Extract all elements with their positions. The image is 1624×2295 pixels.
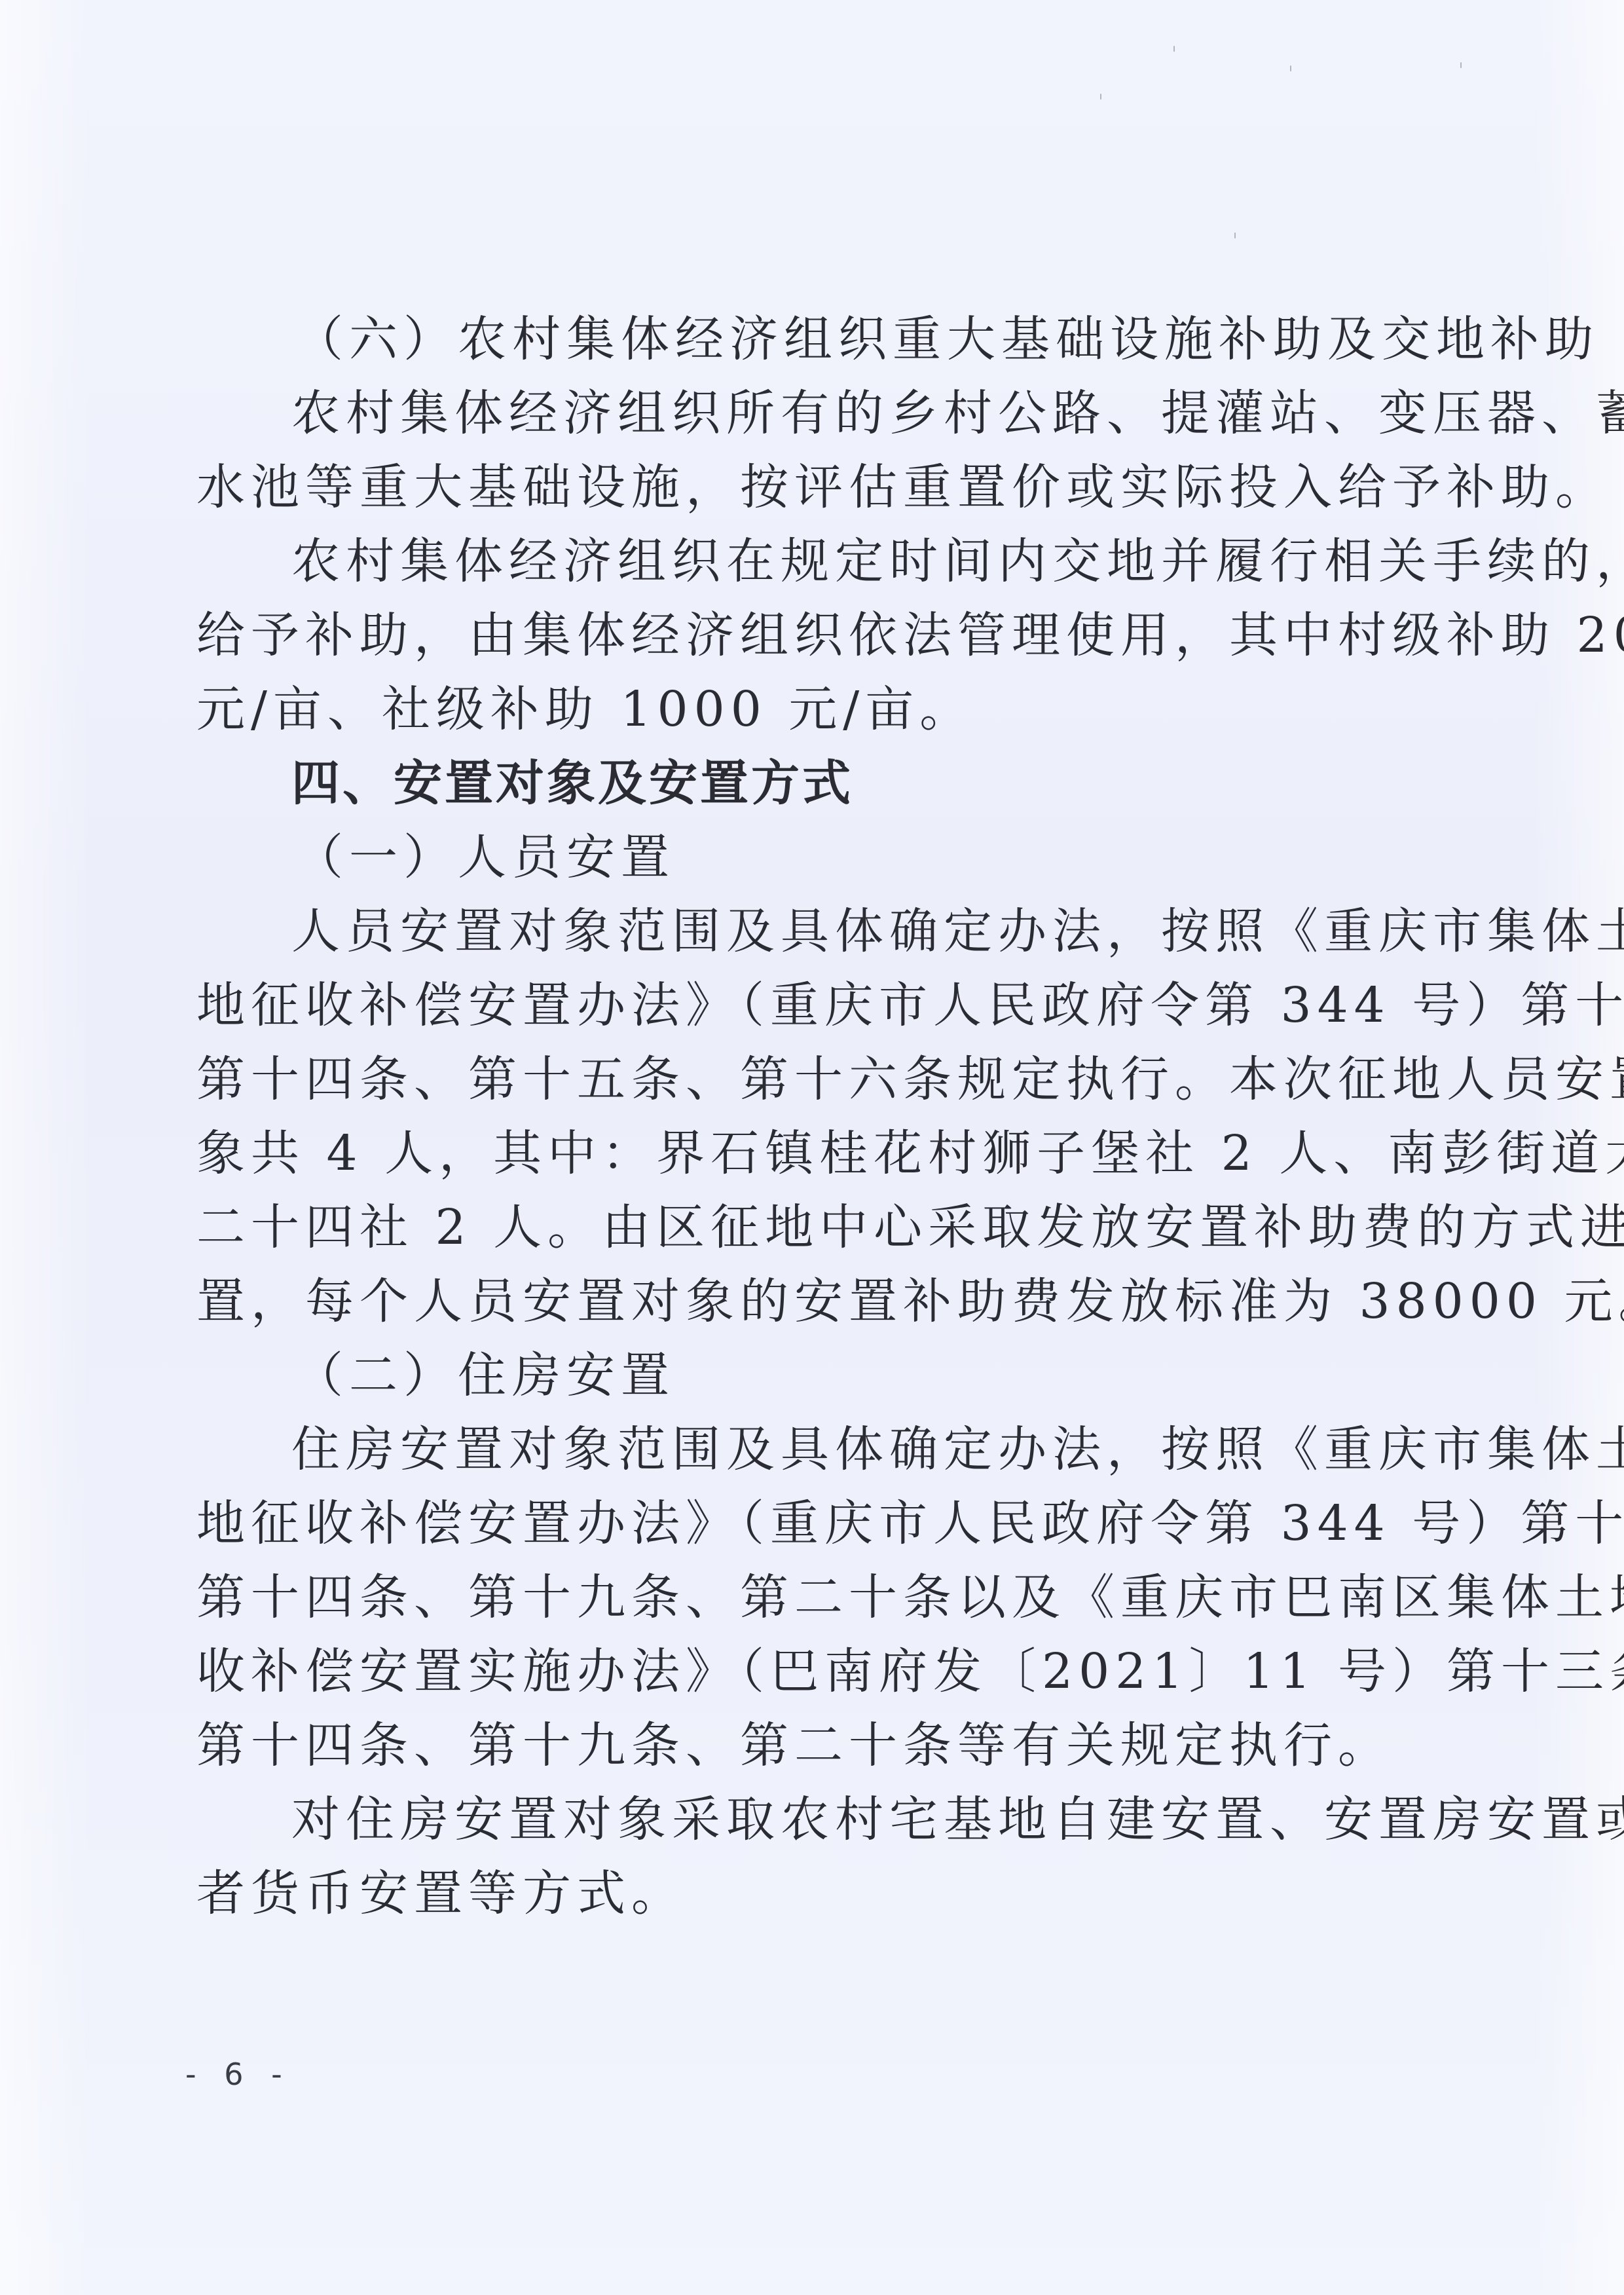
paragraph-line: 农村集体经济组织所有的乡村公路、提灌站、变压器、蓄 [196,377,1383,451]
scan-speck [1460,62,1462,68]
paragraph-line: 置，每个人员安置对象的安置补助费发放标准为 38000 元。 [196,1265,1383,1339]
paragraph-line: 人员安置对象范围及具体确定办法，按照《重庆市集体土 [196,895,1383,969]
paragraph-line: 对住房安置对象采取农村宅基地自建安置、安置房安置或 [196,1783,1383,1857]
paragraph-line: 第十四条、第十九条、第二十条等有关规定执行。 [196,1709,1383,1783]
paragraph-line: 农村集体经济组织在规定时间内交地并履行相关手续的， [196,525,1383,599]
scan-speck [1234,233,1236,238]
paragraph-line: 第十四条、第十九条、第二十条以及《重庆市巴南区集体土地征 [196,1561,1383,1635]
subsection-heading-6: （六）农村集体经济组织重大基础设施补助及交地补助 [196,303,1383,377]
subsection-heading-2: （二）住房安置 [196,1339,1383,1413]
document-body: （六）农村集体经济组织重大基础设施补助及交地补助 农村集体经济组织所有的乡村公路… [196,303,1383,1931]
paragraph-line: 住房安置对象范围及具体确定办法，按照《重庆市集体土 [196,1413,1383,1487]
subsection-heading-1: （一）人员安置 [196,821,1383,895]
scan-speck [1290,65,1291,71]
paragraph-line: 元/亩、社级补助 1000 元/亩。 [196,673,1383,747]
section-heading-4: 四、安置对象及安置方式 [196,747,1383,821]
paragraph-line: 象共 4 人，其中：界石镇桂花村狮子堡社 2 人、南彭街道大鱼村 [196,1117,1383,1191]
paragraph-line: 水池等重大基础设施，按评估重置价或实际投入给予补助。 [196,451,1383,525]
scan-speck [1100,94,1101,100]
paragraph-line: 地征收补偿安置办法》（重庆市人民政府令第 344 号）第十三条、 [196,1487,1383,1561]
scan-speck [1173,46,1175,52]
paragraph-line: 第十四条、第十五条、第十六条规定执行。本次征地人员安置对 [196,1043,1383,1117]
paragraph-line: 收补偿安置实施办法》（巴南府发〔2021〕11 号）第十三条、 [196,1635,1383,1709]
paragraph-line: 二十四社 2 人。由区征地中心采取发放安置补助费的方式进行安 [196,1191,1383,1265]
page-number: - 6 - [185,2057,291,2092]
paragraph-line: 者货币安置等方式。 [196,1857,1383,1931]
paragraph-line: 给予补助，由集体经济组织依法管理使用，其中村级补助 2000 [196,599,1383,673]
paragraph-line: 地征收补偿安置办法》（重庆市人民政府令第 344 号）第十三条、 [196,969,1383,1043]
